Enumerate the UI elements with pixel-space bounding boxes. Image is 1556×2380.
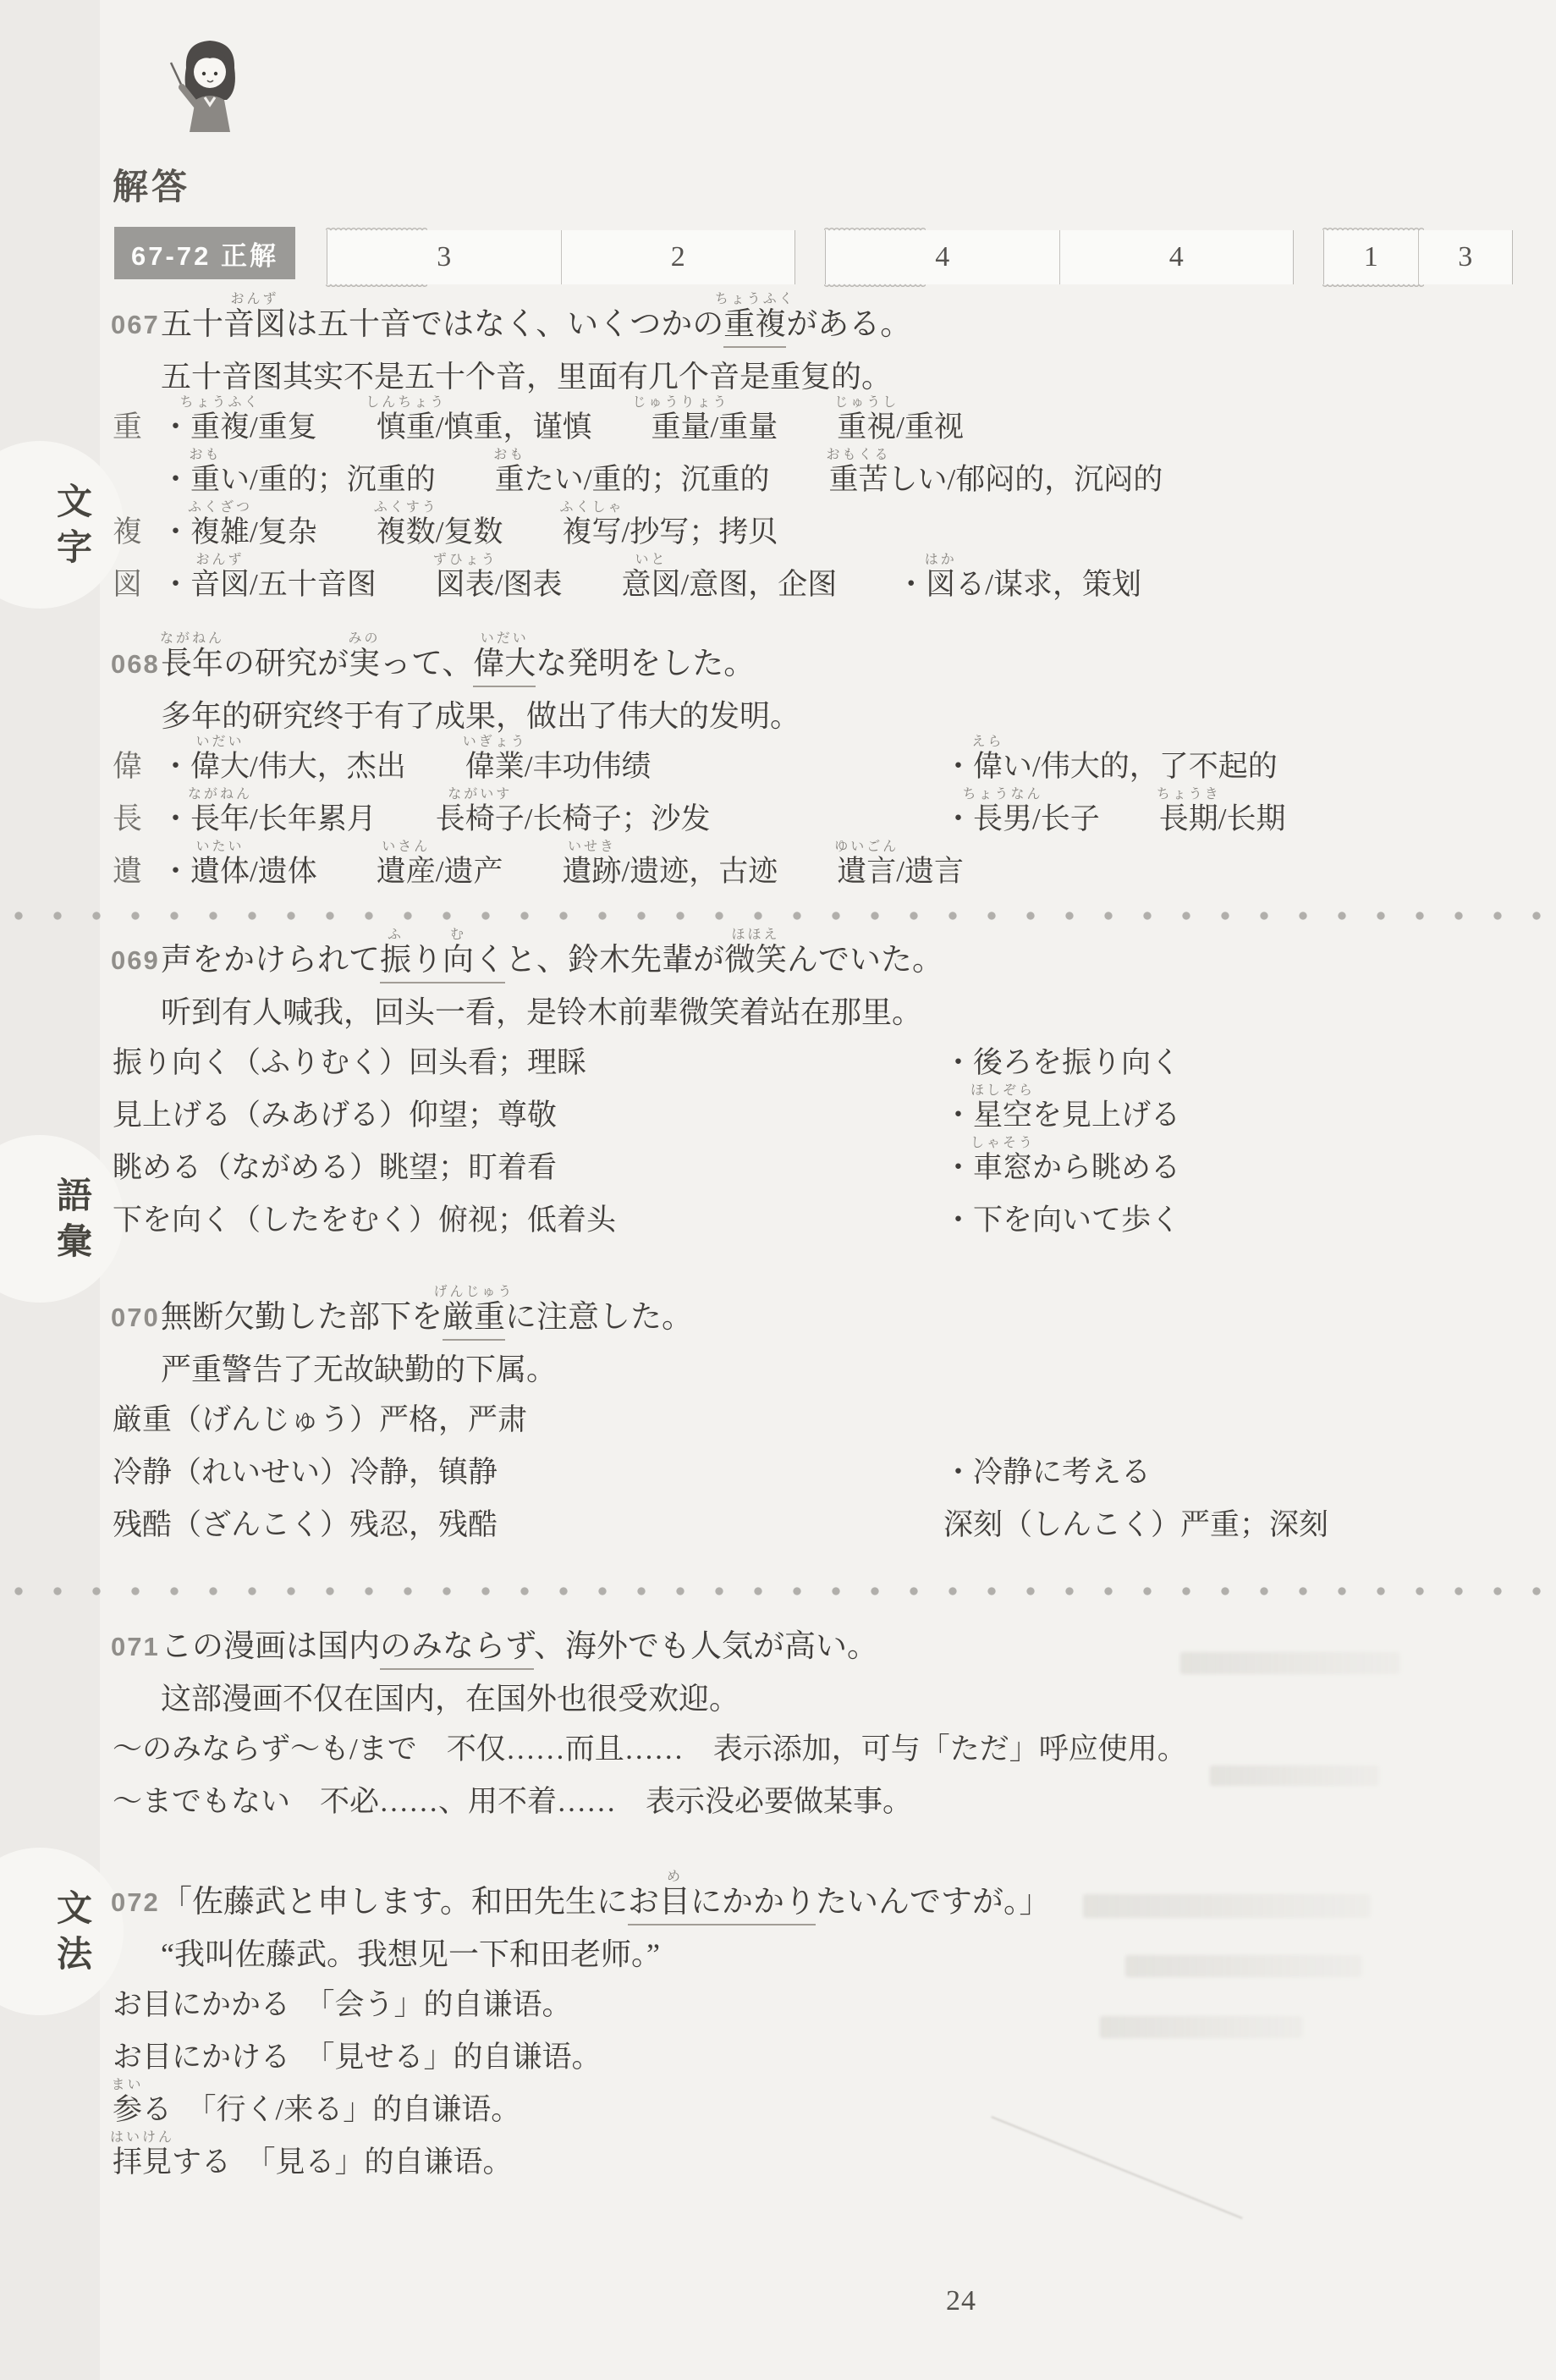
kanji-examples: ・おんず音図/五十音图 ずひょう図表/图表 いと意図/意图，企图 ・はか図る/谋… bbox=[161, 559, 1517, 611]
furigana: みの bbox=[348, 632, 380, 646]
answer-heading: 解答 bbox=[113, 159, 190, 210]
cn-translation: 五十音图其实不是五十个音，里面有几个音是重复的。 bbox=[113, 352, 1517, 401]
ruby-base: 図 bbox=[926, 568, 955, 601]
kanji-row: 図・おんず音図/五十音图 ずひょう図表/图表 いと意図/意图，企图 ・はか図る/… bbox=[113, 559, 1517, 611]
vocab-row: 見上げる（みあげる）仰望；尊敬・ほしぞら星空を見上げる bbox=[113, 1089, 1517, 1142]
ruby-word: ほしぞら星空 bbox=[973, 1099, 1032, 1132]
showthrough-mark bbox=[1210, 1766, 1379, 1786]
ruby-word: おんず音図 bbox=[190, 568, 250, 601]
example-right: ・えら偉い/伟大的，了不起的 bbox=[943, 741, 1517, 793]
ruby-word: じゅうりょう重量 bbox=[652, 410, 711, 443]
vocab-definition: 残酷（ざんこく）残忍，残酷 bbox=[113, 1499, 943, 1551]
ruby-word: ちょうなん長男 bbox=[973, 802, 1032, 835]
answer-stamp-3: 13 bbox=[1323, 230, 1513, 284]
ruby-word: おんず音図 bbox=[223, 307, 286, 342]
furigana: いだい bbox=[481, 632, 529, 646]
furigana: しんちょう bbox=[366, 396, 446, 410]
furigana: いせき bbox=[568, 840, 616, 854]
ruby-word: ながねん長年 bbox=[161, 647, 223, 681]
ruby-base: 長男 bbox=[973, 802, 1032, 835]
ruby-base: 車窓 bbox=[973, 1151, 1032, 1184]
kanji-head: 偉 bbox=[113, 741, 161, 793]
furigana: おんず bbox=[196, 554, 245, 567]
ruby-base: 音図 bbox=[190, 568, 250, 601]
furigana: ながねん bbox=[160, 632, 224, 646]
furigana: ふくすう bbox=[374, 501, 438, 515]
ruby-word: いぎょう偉業 bbox=[465, 750, 525, 783]
vocab-row: 下を向く（したをむく）俯视；低着头・下を向いて歩く bbox=[113, 1194, 1517, 1247]
jp-sentence-text: ながねん長年の研究がみの実って、いだい偉大な発明をした。 bbox=[161, 647, 755, 681]
vocab-row: 残酷（ざんこく）残忍，残酷深刻（しんこく）严重；深刻 bbox=[113, 1499, 1517, 1551]
cn-translation: 多年的研究终于有了成果，做出了伟大的发明。 bbox=[113, 691, 1517, 741]
furigana: げんじゅう bbox=[433, 1286, 514, 1299]
ruby-base: 長年 bbox=[161, 647, 223, 681]
furigana: いだい bbox=[196, 735, 245, 749]
ruby-word: ゆいごん遺言 bbox=[837, 855, 896, 888]
ruby-base: 意図 bbox=[622, 568, 681, 601]
teacher-girl-illustration bbox=[168, 36, 252, 137]
underlined-keyword: げんじゅう厳重 bbox=[443, 1300, 505, 1341]
answer-value: 1 bbox=[1324, 230, 1418, 284]
underlined-keyword: ふ振りむ向く bbox=[380, 943, 505, 983]
ruby-base: 偉業 bbox=[465, 750, 525, 783]
furigana: おもくる bbox=[827, 449, 891, 462]
wavy-border bbox=[326, 226, 427, 234]
ruby-word: ながねん長年 bbox=[190, 802, 250, 835]
ruby-word: いと意図 bbox=[622, 568, 681, 601]
furigana: ふ bbox=[388, 928, 404, 942]
furigana: ほしぞら bbox=[970, 1084, 1035, 1098]
ruby-base: 偉大 bbox=[190, 750, 250, 783]
ruby-word: ちょうき長期 bbox=[1159, 802, 1218, 835]
vocab-definition: 眺める（ながめる）眺望；盯着看 bbox=[113, 1142, 943, 1194]
page-number: 24 bbox=[946, 2285, 976, 2317]
ruby-base: 厳重 bbox=[443, 1300, 505, 1335]
showthrough-mark bbox=[1100, 2016, 1303, 2038]
vocab-example: ・下を向いて歩く bbox=[943, 1194, 1517, 1247]
showthrough-mark bbox=[1180, 1652, 1400, 1674]
jp-sentence-text: 無断欠勤した部下をげんじゅう厳重に注意した。 bbox=[161, 1300, 693, 1341]
answer-value: 2 bbox=[561, 230, 795, 284]
section-number: 068 bbox=[111, 637, 160, 691]
ruby-word: ふくざつ複雑 bbox=[190, 515, 250, 548]
example-right: ・ちょうなん長男/长子 ちょうき長期/长期 bbox=[943, 793, 1517, 846]
example-left: ・いたい遺体/遗体 いさん遺産/遗产 いせき遺跡/遗迹，古迹 ゆいごん遺言/遗言 bbox=[161, 846, 943, 898]
example-line: ・おんず音図/五十音图 ずひょう図表/图表 いと意図/意图，企图 ・はか図る/谋… bbox=[161, 559, 1517, 611]
ruby-base: 振 bbox=[380, 943, 411, 978]
furigana: ゆいごん bbox=[834, 840, 899, 854]
ruby-base: 重 bbox=[190, 463, 220, 496]
kanji-examples: ・ちょうふく重複/重复 しんちょう慎重/慎重，谨慎 じゅうりょう重量/重量 じゅ… bbox=[161, 401, 1517, 506]
ruby-word: まい参 bbox=[113, 2093, 142, 2126]
furigana: じゅうりょう bbox=[633, 396, 729, 410]
ruby-base: 長椅子 bbox=[436, 802, 525, 835]
ruby-base: 重 bbox=[495, 463, 525, 496]
note-line: お目にかける 「見せる」的自谦语。 bbox=[113, 2031, 1517, 2084]
vocab-row: 冷静（れいせい）冷静，镇静・冷静に考える bbox=[113, 1446, 1517, 1499]
furigana: はか bbox=[925, 554, 957, 567]
ruby-base: 偉 bbox=[973, 750, 1003, 783]
furigana: ちょうふく bbox=[180, 396, 261, 410]
ruby-word: げんじゅう厳重 bbox=[443, 1300, 505, 1335]
answer-value: 3 bbox=[1418, 230, 1513, 284]
furigana: しゃそう bbox=[970, 1137, 1035, 1150]
vocab-row: 厳重（げんじゅう）严格，严肃 bbox=[113, 1394, 1517, 1446]
underlined-keyword: ちょうふく重複 bbox=[723, 307, 786, 348]
furigana: おんず bbox=[230, 293, 278, 306]
section-number: 067 bbox=[111, 298, 160, 352]
kanji-row: 遺・いたい遺体/遗体 いさん遺産/遗产 いせき遺跡/遗迹，古迹 ゆいごん遺言/遗… bbox=[113, 846, 1517, 898]
furigana: いと bbox=[635, 554, 668, 567]
ruby-word: ふくしゃ複写 bbox=[563, 515, 622, 548]
furigana: ふくざつ bbox=[188, 501, 252, 515]
example-line: ・おも重い/重的；沉重的 おも重たい/重的；沉重的 おもくる重苦しい/郁闷的，沉… bbox=[161, 454, 1517, 506]
section-071: 071この漫画は国内のみならず、海外でも人気が高い。这部漫画不仅在国内，在国外也… bbox=[113, 1620, 1517, 1828]
ruby-base: 目 bbox=[659, 1885, 690, 1920]
wavy-border bbox=[824, 226, 926, 234]
answer-value: 3 bbox=[327, 230, 561, 284]
ruby-word: しんちょう慎重 bbox=[377, 410, 436, 443]
furigana: いさん bbox=[382, 840, 430, 854]
vocab-row: 振り向く（ふりむく）回头看；理睬・後ろを振り向く bbox=[113, 1037, 1517, 1089]
ruby-base: 星空 bbox=[973, 1099, 1032, 1132]
section-072: 072「佐藤武と申します。和田先生におめ目にかかりたいんですが。」“我叫佐藤武。… bbox=[113, 1876, 1517, 2189]
section-number: 072 bbox=[111, 1876, 160, 1930]
vocab-definition: 冷静（れいせい）冷静，镇静 bbox=[113, 1446, 943, 1499]
vocab-definition: 下を向く（したをむく）俯视；低着头 bbox=[113, 1194, 943, 1247]
furigana: ちょうき bbox=[1157, 788, 1221, 802]
ruby-word: じゅうし重視 bbox=[837, 410, 896, 443]
vocab-definition: 振り向く（ふりむく）回头看；理睬 bbox=[113, 1037, 943, 1089]
example-line: ・ふくざつ複雑/复杂 ふくすう複数/复数 ふくしゃ複写/抄写；拷贝 bbox=[161, 506, 1517, 559]
ruby-base: 複写 bbox=[563, 515, 622, 548]
underlined-keyword: おめ目にかかり bbox=[628, 1885, 816, 1925]
vocab-example: ・冷静に考える bbox=[943, 1446, 1517, 1499]
furigana: じゅうし bbox=[834, 396, 899, 410]
kanji-head: 複 bbox=[113, 506, 161, 559]
furigana: ながねん bbox=[188, 788, 252, 802]
furigana: いぎょう bbox=[463, 735, 527, 749]
furigana: えら bbox=[972, 735, 1004, 749]
jp-sentence-text: 五十おんず音図は五十音ではなく、いくつかのちょうふく重複がある。 bbox=[161, 307, 911, 342]
cn-translation: 这部漫画不仅在国内，在国外也很受欢迎。 bbox=[113, 1674, 1517, 1723]
ruby-base: 遺体 bbox=[190, 855, 250, 888]
ruby-word: ちょうふく重複 bbox=[723, 307, 786, 342]
section-number: 070 bbox=[111, 1291, 160, 1345]
showthrough-mark bbox=[1125, 1955, 1362, 1977]
kanji-head: 長 bbox=[113, 793, 161, 846]
ruby-base: 重複 bbox=[723, 307, 786, 342]
category-label-1: 文字 bbox=[54, 482, 90, 574]
kanji-head: 遺 bbox=[113, 846, 161, 898]
kanji-head: 図 bbox=[113, 559, 161, 611]
section-number: 069 bbox=[111, 934, 160, 988]
underlined-keyword: のみならず bbox=[380, 1629, 534, 1670]
kanji-examples: ・ふくざつ複雑/复杂 ふくすう複数/复数 ふくしゃ複写/抄写；拷贝 bbox=[161, 506, 1517, 559]
ruby-base: 実 bbox=[349, 647, 380, 681]
kanji-row: 重・ちょうふく重複/重复 しんちょう慎重/慎重，谨慎 じゅうりょう重量/重量 じ… bbox=[113, 401, 1517, 506]
furigana: め bbox=[667, 1870, 683, 1884]
ruby-base: 長期 bbox=[1159, 802, 1218, 835]
ruby-word: いだい偉大 bbox=[473, 647, 536, 681]
ruby-base: 複雑 bbox=[190, 515, 250, 548]
section-068: 068ながねん長年の研究がみの実って、いだい偉大な発明をした。多年的研究终于有了… bbox=[113, 637, 1517, 898]
furigana: おも bbox=[493, 449, 525, 462]
jp-sentence-text: 「佐藤武と申します。和田先生におめ目にかかりたいんですが。」 bbox=[161, 1885, 1051, 1925]
example-line: ・ちょうふく重複/重复 しんちょう慎重/慎重，谨慎 じゅうりょう重量/重量 じゅ… bbox=[161, 401, 1517, 454]
furigana: む bbox=[450, 928, 466, 942]
vocab-example bbox=[943, 1394, 1517, 1446]
kanji-row: 複・ふくざつ複雑/复杂 ふくすう複数/复数 ふくしゃ複写/抄写；拷贝 bbox=[113, 506, 1517, 559]
underlined-keyword: いだい偉大 bbox=[473, 647, 536, 687]
example-right bbox=[943, 846, 1517, 898]
vocab-example: ・しゃそう車窓から眺める bbox=[943, 1142, 1517, 1194]
ruby-base: 図表 bbox=[436, 568, 495, 601]
section-number: 071 bbox=[111, 1620, 160, 1674]
ruby-word: め目 bbox=[659, 1885, 690, 1920]
dotted-divider bbox=[13, 1585, 1544, 1597]
furigana: ふくしゃ bbox=[560, 501, 624, 515]
note-line: お目にかかる 「会う」的自谦语。 bbox=[113, 1979, 1517, 2031]
vocab-definition: 見上げる（みあげる）仰望；尊敬 bbox=[113, 1089, 943, 1142]
note-line: はいけん拝見する 「見る」的自谦语。 bbox=[113, 2136, 1517, 2189]
section-069: 069声をかけられてふ振りむ向くと、鈴木先輩がほほえ微笑んでいた。听到有人喊我，… bbox=[113, 934, 1517, 1247]
answer-stamp-1: 32 bbox=[327, 230, 795, 284]
ruby-word: ふくすう複数 bbox=[377, 515, 436, 548]
furigana: ちょうなん bbox=[963, 788, 1043, 802]
kanji-row: 偉・いだい偉大/伟大，杰出 いぎょう偉業/丰功伟绩・えら偉い/伟大的，了不起的 bbox=[113, 741, 1517, 793]
vocab-definition: 厳重（げんじゅう）严格，严肃 bbox=[113, 1394, 943, 1446]
ruby-base: 拝見 bbox=[113, 2146, 172, 2179]
kanji-row: 長・ながねん長年/长年累月 ながいす長椅子/长椅子；沙发・ちょうなん長男/长子 … bbox=[113, 793, 1517, 846]
furigana: ながいす bbox=[448, 788, 512, 802]
furigana: ほほえ bbox=[731, 928, 779, 942]
ruby-base: 偉大 bbox=[473, 647, 536, 681]
vocab-row: 眺める（ながめる）眺望；盯着看・しゃそう車窓から眺める bbox=[113, 1142, 1517, 1194]
ruby-base: 重視 bbox=[837, 410, 896, 443]
jp-sentence: 068ながねん長年の研究がみの実って、いだい偉大な発明をした。 bbox=[113, 637, 1517, 691]
ruby-base: 慎重 bbox=[377, 410, 436, 443]
ruby-word: はか図 bbox=[926, 568, 955, 601]
example-left: ・ながねん長年/长年累月 ながいす長椅子/长椅子；沙发 bbox=[161, 793, 943, 846]
ruby-base: 重量 bbox=[652, 410, 711, 443]
answer-value: 4 bbox=[826, 230, 1059, 284]
ruby-base: 重苦 bbox=[829, 463, 888, 496]
furigana: おも bbox=[190, 449, 222, 462]
answer-value: 4 bbox=[1059, 230, 1294, 284]
ruby-base: 長年 bbox=[190, 802, 250, 835]
section-067: 067五十おんず音図は五十音ではなく、いくつかのちょうふく重複がある。五十音图其… bbox=[113, 298, 1517, 611]
ruby-base: 複数 bbox=[377, 515, 436, 548]
ruby-word: いさん遺産 bbox=[377, 855, 436, 888]
furigana: ちょうふく bbox=[715, 293, 795, 306]
ruby-base: 重複 bbox=[190, 410, 250, 443]
cn-translation: 听到有人喊我，回头一看，是铃木前辈微笑着站在那里。 bbox=[113, 988, 1517, 1037]
ruby-base: 遺産 bbox=[377, 855, 436, 888]
kanji-head: 重 bbox=[113, 401, 161, 506]
jp-sentence: 067五十おんず音図は五十音ではなく、いくつかのちょうふく重複がある。 bbox=[113, 298, 1517, 352]
jp-sentence: 070無断欠勤した部下をげんじゅう厳重に注意した。 bbox=[113, 1291, 1517, 1345]
ruby-word: ながいす長椅子 bbox=[436, 802, 525, 835]
cn-translation: 严重警告了无故缺勤的下属。 bbox=[113, 1345, 1517, 1394]
category-label-2: 語彙 bbox=[54, 1176, 90, 1268]
wavy-border bbox=[824, 281, 926, 289]
ruby-word: おも重 bbox=[495, 463, 525, 496]
ruby-word: ふ振 bbox=[380, 943, 411, 978]
wavy-border bbox=[326, 281, 427, 289]
jp-sentence-text: この漫画は国内のみならず、海外でも人気が高い。 bbox=[161, 1629, 878, 1670]
ruby-word: む向 bbox=[443, 943, 474, 978]
ruby-word: しゃそう車窓 bbox=[973, 1151, 1032, 1184]
furigana: まい bbox=[111, 2079, 143, 2092]
ruby-word: おもくる重苦 bbox=[829, 463, 888, 496]
ruby-word: いだい偉大 bbox=[190, 750, 250, 783]
vocab-example: 深刻（しんこく）严重；深刻 bbox=[943, 1499, 1517, 1551]
ruby-word: ずひょう図表 bbox=[436, 568, 495, 601]
showthrough-mark bbox=[1083, 1894, 1371, 1918]
ruby-word: えら偉 bbox=[973, 750, 1003, 783]
category-label-3: 文法 bbox=[54, 1889, 90, 1981]
note-line: まい参る 「行く/来る」的自谦语。 bbox=[113, 2084, 1517, 2136]
ruby-word: みの実 bbox=[349, 647, 380, 681]
ruby-base: 微笑 bbox=[724, 943, 787, 978]
ruby-base: 遺言 bbox=[837, 855, 896, 888]
vocab-example: ・ほしぞら星空を見上げる bbox=[943, 1089, 1517, 1142]
jp-sentence-text: 声をかけられてふ振りむ向くと、鈴木先輩がほほえ微笑んでいた。 bbox=[161, 943, 943, 978]
ruby-word: おも重 bbox=[190, 463, 220, 496]
ruby-word: ちょうふく重複 bbox=[190, 410, 250, 443]
furigana: ずひょう bbox=[433, 554, 498, 567]
wavy-border bbox=[1322, 226, 1424, 234]
answer-stamp-2: 44 bbox=[825, 230, 1294, 284]
furigana: いたい bbox=[196, 840, 245, 854]
vocab-example: ・後ろを振り向く bbox=[943, 1037, 1517, 1089]
ruby-base: 参 bbox=[113, 2093, 142, 2126]
dotted-divider bbox=[13, 910, 1544, 922]
ruby-base: 音図 bbox=[223, 307, 286, 342]
answer-range-box: 67-72 正解 bbox=[114, 227, 295, 279]
wavy-border bbox=[1322, 281, 1424, 289]
ruby-base: 遺跡 bbox=[563, 855, 622, 888]
ruby-word: いせき遺跡 bbox=[563, 855, 622, 888]
ruby-base: 向 bbox=[443, 943, 474, 978]
textbook-answer-page: 文字語彙文法 解答 67-72 正解 324413 067五十おんず音図は五十音… bbox=[0, 0, 1556, 2380]
ruby-word: ほほえ微笑 bbox=[724, 943, 787, 978]
example-left: ・いだい偉大/伟大，杰出 いぎょう偉業/丰功伟绩 bbox=[161, 741, 943, 793]
ruby-word: はいけん拝見 bbox=[113, 2146, 172, 2179]
jp-sentence: 069声をかけられてふ振りむ向くと、鈴木先輩がほほえ微笑んでいた。 bbox=[113, 934, 1517, 988]
furigana: はいけん bbox=[110, 2131, 174, 2145]
section-070: 070無断欠勤した部下をげんじゅう厳重に注意した。严重警告了无故缺勤的下属。厳重… bbox=[113, 1291, 1517, 1551]
ruby-word: いたい遺体 bbox=[190, 855, 250, 888]
